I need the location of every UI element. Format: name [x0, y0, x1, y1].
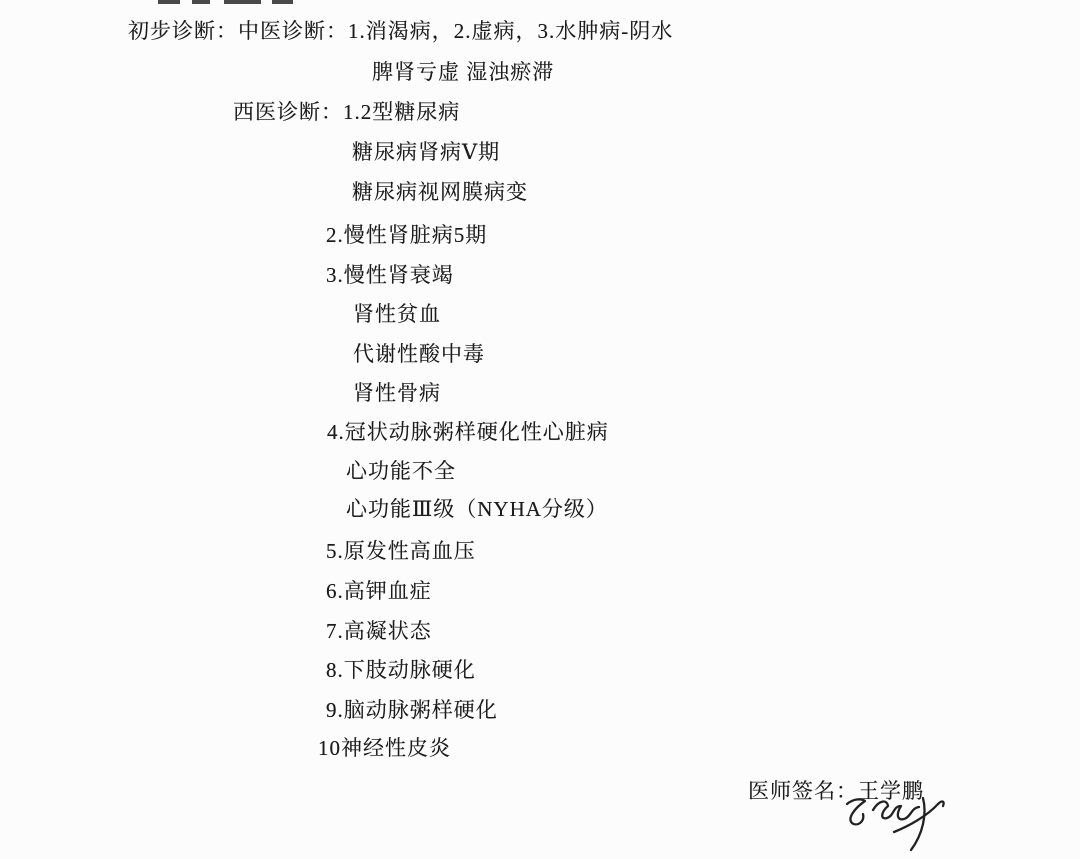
western-diagnosis-subitem: 糖尿病肾病Ⅴ期 — [352, 141, 500, 164]
preliminary-diagnosis-label: 初步诊断： — [128, 19, 238, 43]
cropped-text-fragment — [158, 0, 180, 4]
signature-stroke — [847, 799, 865, 824]
western-diagnosis-item: 2.慢性肾脏病5期 — [326, 224, 487, 247]
tcm-diagnosis-label: 中医诊断： — [238, 19, 348, 43]
doctor-handwritten-signature — [839, 794, 954, 856]
western-diagnosis-item-1: 1.2型糖尿病 — [343, 100, 460, 124]
scanned-medical-record-page: 初步诊断：中医诊断：1.消渴病，2.虚病，3.水肿病-阴水 脾肾亏虚 湿浊瘀滞 … — [0, 0, 1080, 859]
western-diagnosis-item: 3.慢性肾衰竭 — [326, 264, 454, 287]
western-diagnosis-subitem: 糖尿病视网膜病变 — [352, 181, 528, 204]
western-diagnosis-subitem: 心功能不全 — [346, 460, 456, 483]
western-diagnosis-line: 西医诊断：1.2型糖尿病 — [233, 101, 460, 124]
western-diagnosis-item: 7.高凝状态 — [326, 620, 432, 643]
cropped-text-fragment — [192, 0, 210, 4]
western-diagnosis-subitem: 心功能Ⅲ级（NYHA分级） — [346, 498, 608, 521]
cropped-text-fragment — [272, 0, 293, 4]
signature-stroke — [873, 801, 919, 819]
western-diagnosis-item: 4.冠状动脉粥样硬化性心脏病 — [327, 421, 609, 444]
western-diagnosis-subitem: 肾性骨病 — [353, 382, 441, 405]
western-diagnosis-item: 9.脑动脉粥样硬化 — [326, 699, 498, 722]
western-diagnosis-subitem: 肾性贫血 — [353, 303, 441, 326]
preliminary-diagnosis-line: 初步诊断：中医诊断：1.消渴病，2.虚病，3.水肿病-阴水 — [128, 20, 673, 43]
tcm-diagnosis-items: 1.消渴病，2.虚病，3.水肿病-阴水 — [348, 19, 673, 43]
cropped-text-fragment — [224, 0, 261, 4]
western-diagnosis-item: 6.高钾血症 — [326, 580, 432, 603]
western-diagnosis-item: 5.原发性高血压 — [326, 540, 476, 563]
western-diagnosis-label: 西医诊断： — [233, 100, 343, 124]
western-diagnosis-item: 10神经性皮炎 — [318, 737, 451, 760]
tcm-syndrome-line: 脾肾亏虚 湿浊瘀滞 — [372, 61, 554, 84]
western-diagnosis-subitem: 代谢性酸中毒 — [353, 343, 485, 366]
western-diagnosis-item: 8.下肢动脉硬化 — [326, 659, 476, 682]
